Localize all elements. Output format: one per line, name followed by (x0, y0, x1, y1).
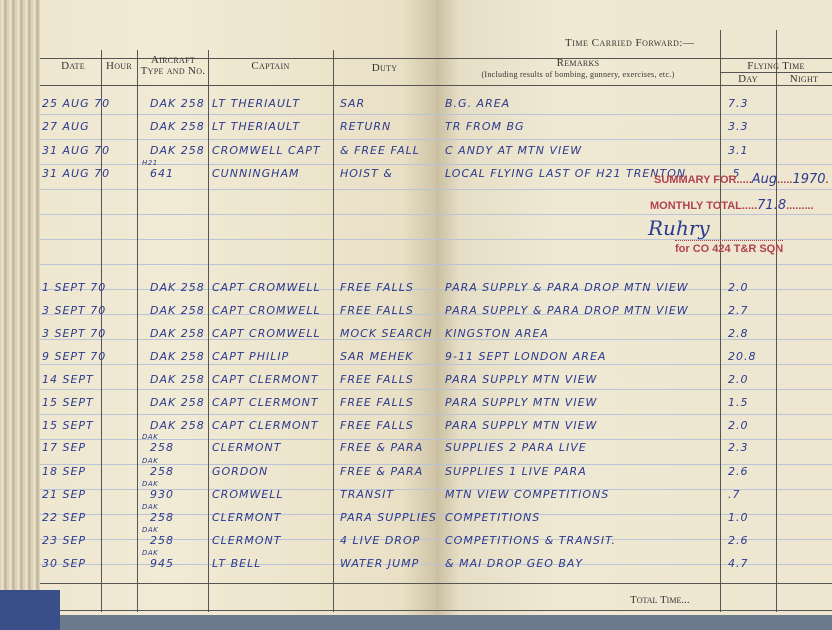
monthly-total-stamp: MONTHLY TOTAL.....71.8......... (650, 198, 814, 213)
footer-rule (436, 583, 832, 584)
entry-captain: Clermont (212, 511, 282, 524)
header-date: Date (45, 60, 101, 72)
entry-remarks: & Mai Drop Geo Bay (445, 557, 583, 570)
entry-captain: Cromwell (212, 488, 284, 501)
col-divider (776, 30, 777, 612)
page-edges (0, 0, 40, 630)
header-aircraft: Aircraft Type and No. (139, 55, 207, 77)
summary-month: Aug (752, 172, 777, 187)
time-carried-forward-label: Time Carried Forward:— (565, 37, 694, 49)
entry-aircraft-type: H21 (142, 159, 158, 167)
col-divider (137, 50, 138, 612)
entry-date: 18 Sep (42, 465, 86, 478)
entry-duty: Free & Para (340, 465, 423, 478)
entry-duty: Mock Search (340, 327, 433, 340)
entry-date: 25 Aug 70 (42, 97, 110, 110)
entry-aircraft: 258 (150, 534, 174, 547)
entry-duty: 4 Live Drop (340, 534, 420, 547)
entry-day-time: 2.0 (728, 419, 749, 432)
header-bottom-rule (40, 85, 436, 86)
entry-day-time: 2.3 (728, 441, 749, 454)
entry-day-time: 2.0 (728, 373, 749, 386)
entry-date: 17 Sep (42, 441, 86, 454)
entry-date: 31 Aug 70 (42, 144, 110, 157)
entry-captain: Lt Bell (212, 557, 261, 570)
entry-day-time: 2.7 (728, 304, 749, 317)
entry-remarks: c Andy at Mtn View (445, 144, 582, 157)
entry-remarks: Supplies 1 Live Para (445, 465, 587, 478)
summary-year: 1970 (792, 172, 825, 187)
entry-captain: Capt Clermont (212, 373, 319, 386)
entry-day-time: 7.3 (728, 97, 749, 110)
entry-captain: Clermont (212, 441, 282, 454)
entry-captain: Clermont (212, 534, 282, 547)
entry-aircraft: Dak 258 (150, 396, 205, 409)
entry-date: 23 Sep (42, 534, 86, 547)
entry-captain: Gordon (212, 465, 268, 478)
entry-duty: Water Jump (340, 557, 419, 570)
entry-captain: Lt Theriault (212, 97, 300, 110)
entry-aircraft: Dak 258 (150, 327, 205, 340)
entry-date: 31 Aug 70 (42, 167, 110, 180)
entry-duty: Free Falls (340, 373, 414, 386)
entry-remarks: Supplies 2 Para Live (445, 441, 587, 454)
entry-remarks: Para Supply Mtn View (445, 373, 597, 386)
footer-rule (40, 583, 436, 584)
entry-day-time: 2.0 (728, 281, 749, 294)
entry-captain: Capt Cromwell (212, 304, 321, 317)
entry-captain: Capt Philip (212, 350, 289, 363)
entry-remarks: B.G. Area (445, 97, 510, 110)
entry-captain: Capt Cromwell (212, 327, 321, 340)
entry-aircraft: Dak 258 (150, 373, 205, 386)
header-night: Night (776, 73, 832, 85)
entry-aircraft-type: Dak (142, 526, 158, 534)
header-remarks-sub: (Including results of bombing, gunnery, … (436, 70, 720, 79)
monthly-total-label: MONTHLY TOTAL (650, 200, 742, 212)
entry-aircraft: Dak 258 (150, 304, 205, 317)
entry-day-time: .7 (728, 488, 741, 501)
entry-aircraft: Dak 258 (150, 350, 205, 363)
entry-date: 1 Sept 70 (42, 281, 106, 294)
entry-aircraft: 258 (150, 511, 174, 524)
total-time-label: Total Time... (630, 594, 690, 606)
entry-date: 22 Sep (42, 511, 86, 524)
entry-captain: Capt Clermont (212, 396, 319, 409)
entry-duty: Transit (340, 488, 394, 501)
entry-remarks: Kingston Area (445, 327, 549, 340)
entry-aircraft: Dak 258 (150, 281, 205, 294)
entry-captain: Capt Cromwell (212, 281, 321, 294)
header-duty: Duty (333, 62, 436, 74)
entry-day-time: 1.0 (728, 511, 749, 524)
entry-aircraft: 258 (150, 441, 174, 454)
entry-captain: Cunningham (212, 167, 299, 180)
entry-day-time: 2.6 (728, 534, 749, 547)
entry-captain: Cromwell Capt (212, 144, 321, 157)
entry-duty: Hoist & (340, 167, 393, 180)
entry-captain: Capt Clermont (212, 419, 319, 432)
summary-stamp: SUMMARY FOR.....Aug.....1970. (654, 172, 829, 187)
entry-day-time: 1.5 (728, 396, 749, 409)
entry-duty: Free & Para (340, 441, 423, 454)
entry-aircraft-type: Dak (142, 549, 158, 557)
entry-aircraft: Dak 258 (150, 419, 205, 432)
entry-date: 30 Sep (42, 557, 86, 570)
header-hour: Hour (101, 60, 137, 72)
header-flying-time: Flying Time (720, 60, 832, 72)
col-divider (333, 50, 334, 612)
entry-aircraft: Dak 258 (150, 120, 205, 133)
entry-remarks: Para Supply & Para Drop Mtn View (445, 281, 689, 294)
col-divider (208, 50, 209, 612)
entry-aircraft-type: Dak (142, 480, 158, 488)
entry-remarks: Mtn View Competitions (445, 488, 609, 501)
entry-date: 15 Sept (42, 396, 94, 409)
entry-remarks: 9-11 Sept London Area (445, 350, 606, 363)
entry-aircraft: 945 (150, 557, 174, 570)
entry-duty: SAR Mehek (340, 350, 414, 363)
header-remarks: Remarks (436, 57, 720, 69)
entry-aircraft: Dak 258 (150, 97, 205, 110)
entry-remarks: TR from BG (445, 120, 525, 133)
signed-for: for CO 424 T&R SQN (675, 240, 783, 255)
entry-aircraft-type: Dak (142, 433, 158, 441)
entry-date: 3 Sept 70 (42, 304, 106, 317)
cover-edge (0, 590, 60, 630)
entry-day-time: 3.3 (728, 120, 749, 133)
entry-day-time: 2.6 (728, 465, 749, 478)
header-top-rule (40, 58, 436, 59)
entry-date: 14 Sept (42, 373, 94, 386)
entry-date: 3 Sept 70 (42, 327, 106, 340)
entry-aircraft: Dak 258 (150, 144, 205, 157)
entry-duty: Free Falls (340, 281, 414, 294)
summary-label: SUMMARY FOR (654, 174, 737, 186)
entry-date: 27 Aug (42, 120, 90, 133)
entry-duty: Return (340, 120, 391, 133)
entry-remarks: Para Supply Mtn View (445, 396, 597, 409)
header-day: Day (720, 73, 776, 85)
entry-duty: Free Falls (340, 304, 414, 317)
entry-duty: Free Falls (340, 419, 414, 432)
entry-remarks: Para Supply Mtn View (445, 419, 597, 432)
col-divider (720, 30, 721, 612)
entry-day-time: 3.1 (728, 144, 749, 157)
entry-duty: SAR (340, 97, 365, 110)
entry-aircraft: 641 (150, 167, 174, 180)
entry-day-time: 20.8 (728, 350, 757, 363)
entry-remarks: Para Supply & Para Drop Mtn View (445, 304, 689, 317)
entry-remarks: Competitions (445, 511, 540, 524)
entry-aircraft-type: Dak (142, 503, 158, 511)
entry-aircraft-type: Dak (142, 457, 158, 465)
entry-duty: Free Falls (340, 396, 414, 409)
logbook-spread: Date Hour Aircraft Type and No. Captain … (0, 0, 832, 630)
header-bottom-rule (436, 85, 832, 86)
entry-date: 15 Sept (42, 419, 94, 432)
entry-duty: & Free Fall (340, 144, 420, 157)
entry-duty: Para Supplies (340, 511, 437, 524)
entry-day-time: 4.7 (728, 557, 749, 570)
entry-remarks: Local Flying last of H21 Trenton (445, 167, 686, 180)
entry-aircraft: 930 (150, 488, 174, 501)
entry-remarks: Competitions & Transit. (445, 534, 616, 547)
footer-bottom-rule (436, 610, 832, 611)
entry-date: 9 Sept 70 (42, 350, 106, 363)
entry-day-time: 2.8 (728, 327, 749, 340)
entry-date: 21 Sep (42, 488, 86, 501)
entry-captain: Lt Theriault (212, 120, 300, 133)
header-captain: Captain (208, 60, 333, 72)
footer-bottom-rule (40, 610, 436, 611)
monthly-total-value: 71.8 (757, 198, 786, 213)
entry-aircraft: 258 (150, 465, 174, 478)
